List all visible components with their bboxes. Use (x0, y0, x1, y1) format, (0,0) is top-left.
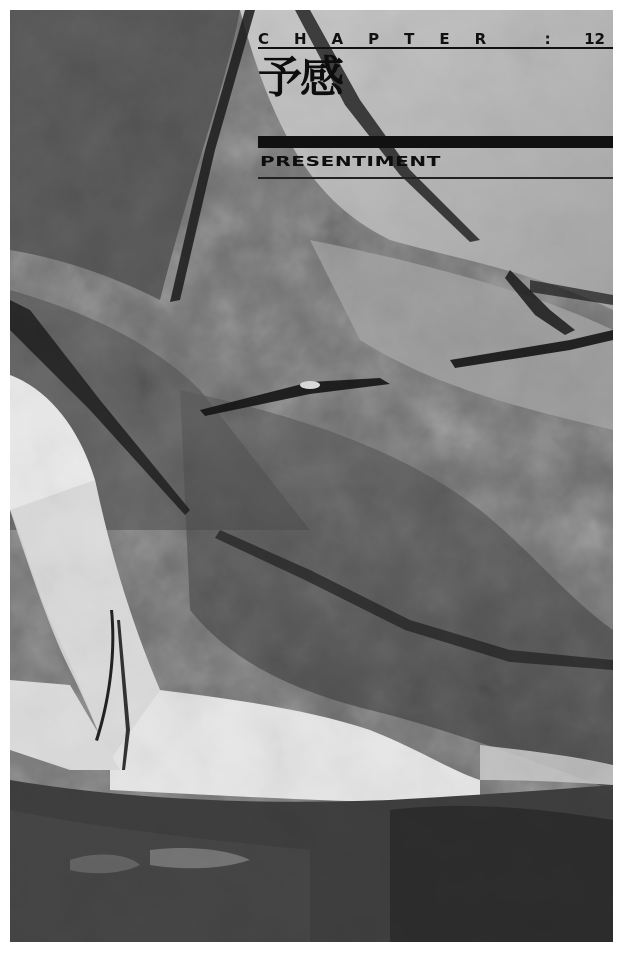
chapter-label: CHAPTER (258, 30, 511, 48)
title-thin-rule (258, 177, 613, 179)
chapter-title-block: CHAPTER : 12 予感 PRESENTIMENT (258, 28, 613, 188)
chapter-number: 12 (584, 30, 605, 48)
title-thick-rule (258, 136, 613, 148)
english-title: PRESENTIMENT (260, 154, 441, 169)
chapter-divider (258, 47, 613, 49)
chapter-heading: CHAPTER : 12 (258, 28, 613, 48)
japanese-title: 予感 (258, 52, 342, 104)
chapter-separator: : (545, 30, 551, 48)
